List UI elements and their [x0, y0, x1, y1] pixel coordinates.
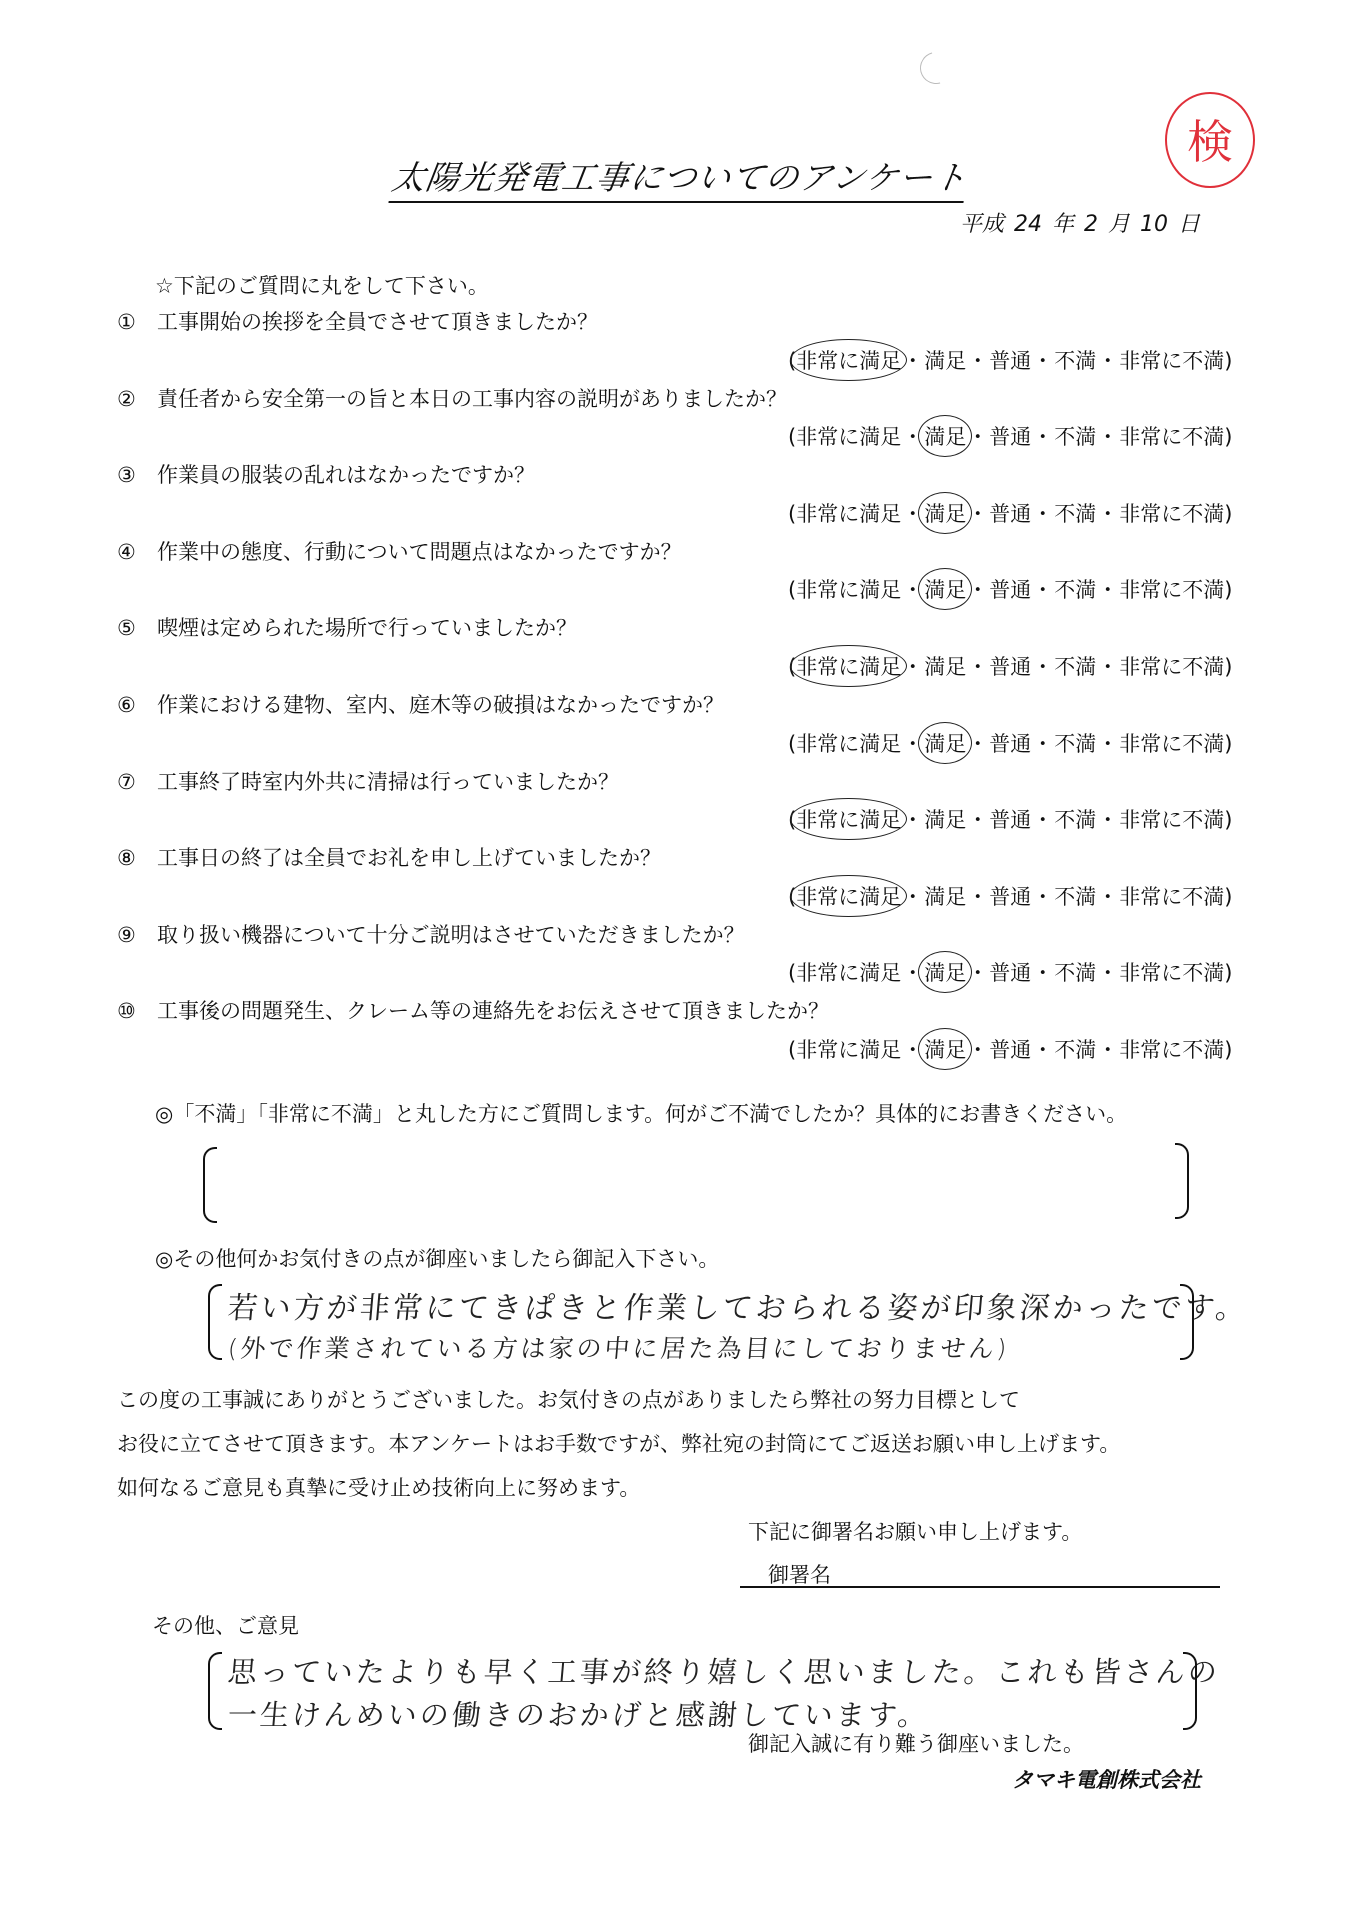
- notes-line-2: (外で作業されている方は家の中に居た為目にしておりません): [226, 1329, 1189, 1365]
- thanks-line-3: 如何なるご意見も真摯に受け止め技術向上に努めます。: [117, 1472, 640, 1502]
- rating-option[interactable]: 不満: [1054, 421, 1096, 451]
- rating-option[interactable]: 満足: [924, 498, 966, 528]
- question-10: ⑩工事後の問題発生、クレーム等の連絡先をお伝えさせて頂きましたか？: [117, 995, 829, 1025]
- complaint-bracket-right: [1175, 1143, 1189, 1219]
- paren-close: ): [1224, 1038, 1232, 1062]
- rating-option[interactable]: 非常に不満: [1119, 345, 1224, 375]
- question-number: ③: [117, 463, 157, 487]
- separator-dot: ・: [967, 881, 988, 911]
- notes-bracket-left: [208, 1284, 222, 1360]
- rating-option[interactable]: 非常に不満: [1119, 728, 1224, 758]
- opinion-bracket-left: [208, 1652, 222, 1730]
- question-4: ④作業中の態度、行動について問題点はなかったですか？: [117, 536, 682, 566]
- inspection-stamp: 検: [1165, 92, 1255, 188]
- rating-group-5: (非常に満足・満足・普通・不満・非常に不満): [788, 651, 1232, 681]
- rating-option[interactable]: 非常に満足: [796, 345, 901, 375]
- paren-close: ): [1224, 885, 1232, 909]
- rating-option[interactable]: 満足: [924, 574, 966, 604]
- closing-text: 御記入誠に有り難う御座いました。: [748, 1728, 1084, 1758]
- rating-option[interactable]: 非常に不満: [1119, 881, 1224, 911]
- rating-group-3: (非常に満足・満足・普通・不満・非常に不満): [788, 498, 1232, 528]
- rating-option[interactable]: 非常に満足: [796, 574, 901, 604]
- rating-option[interactable]: 非常に不満: [1119, 574, 1224, 604]
- question-text: 工事後の問題発生、クレーム等の連絡先をお伝えさせて頂きましたか？: [157, 999, 829, 1023]
- complaint-bracket-left: [203, 1147, 217, 1223]
- rating-option[interactable]: 不満: [1054, 574, 1096, 604]
- date-month-unit: 月: [1108, 212, 1130, 237]
- separator-dot: ・: [1032, 728, 1053, 758]
- rating-option[interactable]: 非常に不満: [1119, 1034, 1224, 1064]
- question-3: ③作業員の服装の乱れはなかったですか？: [117, 459, 535, 489]
- date-day-unit: 日: [1178, 212, 1200, 237]
- separator-dot: ・: [1097, 881, 1118, 911]
- paren-open: (: [788, 961, 796, 985]
- paren-close: ): [1224, 578, 1232, 602]
- rating-option[interactable]: 満足: [924, 957, 966, 987]
- paren-close: ): [1224, 502, 1232, 526]
- company-name: タマキ電創株式会社: [1012, 1764, 1201, 1794]
- separator-dot: ・: [1097, 804, 1118, 834]
- paren-close: ): [1224, 425, 1232, 449]
- opinion-bracket-right: [1183, 1652, 1197, 1730]
- paren-open: (: [788, 502, 796, 526]
- rating-option[interactable]: 不満: [1054, 957, 1096, 987]
- signature-field[interactable]: [740, 1586, 1220, 1588]
- rating-option[interactable]: 非常に満足: [796, 498, 901, 528]
- rating-option[interactable]: 非常に満足: [796, 1034, 901, 1064]
- rating-option[interactable]: 不満: [1054, 728, 1096, 758]
- separator-dot: ・: [1097, 574, 1118, 604]
- question-number: ②: [117, 387, 157, 411]
- date-day[interactable]: 10: [1140, 212, 1168, 237]
- question-text: 責任者から安全第一の旨と本日の工事内容の説明がありましたか？: [157, 387, 787, 411]
- notes-line-1: 若い方が非常にてきぱきと作業しておられる姿が印象深かったです。: [226, 1283, 1190, 1327]
- question-number: ⑨: [117, 923, 157, 947]
- question-number: ⑤: [117, 616, 157, 640]
- separator-dot: ・: [1032, 498, 1053, 528]
- opinion-answer-field[interactable]: 思っていたよりも早く工事が終り嬉しく思いました。これも皆さんの 一生けんめいの働…: [228, 1650, 1188, 1734]
- rating-group-8: (非常に満足・満足・普通・不満・非常に不満): [788, 881, 1232, 911]
- separator-dot: ・: [1032, 881, 1053, 911]
- survey-date: 平成24年2月10日: [960, 207, 1200, 238]
- signature-request: 下記に御署名お願い申し上げます。: [748, 1516, 1082, 1546]
- complaint-answer-field[interactable]: [220, 1150, 1175, 1218]
- rating-option[interactable]: 非常に不満: [1119, 804, 1224, 834]
- rating-option[interactable]: 非常に不満: [1119, 421, 1224, 451]
- rating-option[interactable]: 非常に満足: [796, 421, 901, 451]
- rating-option[interactable]: 普通: [989, 881, 1031, 911]
- opinion-line-1: 思っていたよりも早く工事が終り嬉しく思いました。これも皆さんの: [226, 1650, 1190, 1691]
- question-8: ⑧工事日の終了は全員でお礼を申し上げていましたか？: [117, 842, 661, 872]
- opinion-label: その他、ご意見: [152, 1610, 299, 1640]
- separator-dot: ・: [967, 345, 988, 375]
- rating-option[interactable]: 非常に不満: [1119, 957, 1224, 987]
- instruction-text: ☆下記のご質問に丸をして下さい。: [155, 270, 489, 300]
- rating-option[interactable]: 満足: [924, 1034, 966, 1064]
- rating-option[interactable]: 普通: [989, 1034, 1031, 1064]
- thanks-line-2: お役に立てさせて頂きます。本アンケートはお手数ですが、弊社宛の封筒にてご返送お願…: [117, 1428, 1120, 1458]
- separator-dot: ・: [1032, 574, 1053, 604]
- separator-dot: ・: [967, 804, 988, 834]
- rating-option[interactable]: 普通: [989, 574, 1031, 604]
- separator-dot: ・: [1097, 498, 1118, 528]
- rating-option[interactable]: 満足: [924, 651, 966, 681]
- paren-close: ): [1224, 655, 1232, 679]
- question-text: 作業における建物、室内、庭木等の破損はなかったですか？: [157, 693, 724, 717]
- question-2: ②責任者から安全第一の旨と本日の工事内容の説明がありましたか？: [117, 383, 787, 413]
- paren-open: (: [788, 578, 796, 602]
- complaint-prompt: ◎「不満」「非常に不満」と丸した方にご質問します。何がご不満でしたか？具体的にお…: [155, 1098, 1127, 1128]
- question-text: 工事日の終了は全員でお礼を申し上げていましたか？: [157, 846, 661, 870]
- date-year-unit: 年: [1052, 212, 1074, 237]
- rating-option[interactable]: 非常に満足: [796, 728, 901, 758]
- other-notes-answer-field[interactable]: 若い方が非常にてきぱきと作業しておられる姿が印象深かったです。 (外で作業されて…: [228, 1283, 1188, 1365]
- question-number: ⑩: [117, 999, 157, 1023]
- rating-option[interactable]: 普通: [989, 498, 1031, 528]
- rating-option[interactable]: 普通: [989, 728, 1031, 758]
- paren-close: ): [1224, 961, 1232, 985]
- separator-dot: ・: [1097, 345, 1118, 375]
- rating-option[interactable]: 非常に満足: [796, 651, 901, 681]
- question-number: ①: [117, 310, 157, 334]
- rating-group-2: (非常に満足・満足・普通・不満・非常に不満): [788, 421, 1232, 451]
- rating-group-10: (非常に満足・満足・普通・不満・非常に不満): [788, 1034, 1232, 1064]
- question-number: ④: [117, 540, 157, 564]
- thanks-line-1: この度の工事誠にありがとうございました。お気付きの点がありましたら弊社の努力目標…: [117, 1384, 1020, 1414]
- rating-option[interactable]: 普通: [989, 345, 1031, 375]
- question-text: 作業中の態度、行動について問題点はなかったですか？: [157, 540, 682, 564]
- rating-group-6: (非常に満足・満足・普通・不満・非常に不満): [788, 728, 1232, 758]
- scan-mark: [914, 46, 958, 90]
- question-number: ⑦: [117, 770, 157, 794]
- question-7: ⑦工事終了時室内外共に清掃は行っていましたか？: [117, 766, 619, 796]
- rating-option[interactable]: 満足: [924, 804, 966, 834]
- question-6: ⑥作業における建物、室内、庭木等の破損はなかったですか？: [117, 689, 724, 719]
- page-title: 太陽光発電工事についてのアンケート: [388, 152, 971, 203]
- question-text: 喫煙は定められた場所で行っていましたか？: [157, 616, 577, 640]
- separator-dot: ・: [1032, 345, 1053, 375]
- rating-option[interactable]: 普通: [989, 957, 1031, 987]
- rating-option[interactable]: 不満: [1054, 651, 1096, 681]
- question-text: 作業員の服装の乱れはなかったですか？: [157, 463, 535, 487]
- question-1: ①工事開始の挨拶を全員でさせて頂きましたか？: [117, 306, 598, 336]
- rating-option[interactable]: 不満: [1054, 1034, 1096, 1064]
- rating-option[interactable]: 非常に満足: [796, 804, 901, 834]
- rating-option[interactable]: 非常に不満: [1119, 651, 1224, 681]
- separator-dot: ・: [1032, 1034, 1053, 1064]
- question-5: ⑤喫煙は定められた場所で行っていましたか？: [117, 612, 577, 642]
- rating-option[interactable]: 不満: [1054, 498, 1096, 528]
- paren-close: ): [1224, 349, 1232, 373]
- rating-option[interactable]: 満足: [924, 728, 966, 758]
- separator-dot: ・: [1097, 728, 1118, 758]
- separator-dot: ・: [1032, 957, 1053, 987]
- separator-dot: ・: [1032, 804, 1053, 834]
- rating-option[interactable]: 非常に満足: [796, 881, 901, 911]
- date-year[interactable]: 24: [1014, 212, 1042, 237]
- question-text: 工事開始の挨拶を全員でさせて頂きましたか？: [157, 310, 598, 334]
- date-month[interactable]: 2: [1084, 212, 1098, 237]
- question-number: ⑥: [117, 693, 157, 717]
- paren-close: ): [1224, 732, 1232, 756]
- rating-option[interactable]: 普通: [989, 804, 1031, 834]
- rating-option[interactable]: 満足: [924, 881, 966, 911]
- separator-dot: ・: [1097, 651, 1118, 681]
- notes-bracket-right: [1180, 1284, 1194, 1360]
- rating-option[interactable]: 非常に満足: [796, 957, 901, 987]
- rating-group-7: (非常に満足・満足・普通・不満・非常に不満): [788, 804, 1232, 834]
- paren-close: ): [1224, 808, 1232, 832]
- paren-open: (: [788, 1038, 796, 1062]
- question-text: 工事終了時室内外共に清掃は行っていましたか？: [157, 770, 619, 794]
- paren-open: (: [788, 732, 796, 756]
- separator-dot: ・: [1097, 421, 1118, 451]
- separator-dot: ・: [1097, 957, 1118, 987]
- separator-dot: ・: [1097, 1034, 1118, 1064]
- paren-open: (: [788, 425, 796, 449]
- rating-option[interactable]: 不満: [1054, 345, 1096, 375]
- rating-group-4: (非常に満足・満足・普通・不満・非常に不満): [788, 574, 1232, 604]
- signature-label: 御署名: [768, 1559, 831, 1589]
- rating-option[interactable]: 満足: [924, 345, 966, 375]
- rating-group-1: (非常に満足・満足・普通・不満・非常に不満): [788, 345, 1232, 375]
- rating-group-9: (非常に満足・満足・普通・不満・非常に不満): [788, 957, 1232, 987]
- other-notes-prompt: ◎その他何かお気付きの点が御座いましたら御記入下さい。: [155, 1243, 719, 1273]
- question-9: ⑨取り扱い機器について十分ご説明はさせていただきましたか？: [117, 919, 745, 949]
- question-number: ⑧: [117, 846, 157, 870]
- rating-option[interactable]: 不満: [1054, 804, 1096, 834]
- rating-option[interactable]: 不満: [1054, 881, 1096, 911]
- separator-dot: ・: [1032, 421, 1053, 451]
- rating-option[interactable]: 非常に不満: [1119, 498, 1224, 528]
- separator-dot: ・: [1032, 651, 1053, 681]
- separator-dot: ・: [967, 651, 988, 681]
- rating-option[interactable]: 普通: [989, 651, 1031, 681]
- rating-option[interactable]: 普通: [989, 421, 1031, 451]
- rating-option[interactable]: 満足: [924, 421, 966, 451]
- date-era: 平成: [960, 212, 1004, 237]
- question-text: 取り扱い機器について十分ご説明はさせていただきましたか？: [157, 923, 745, 947]
